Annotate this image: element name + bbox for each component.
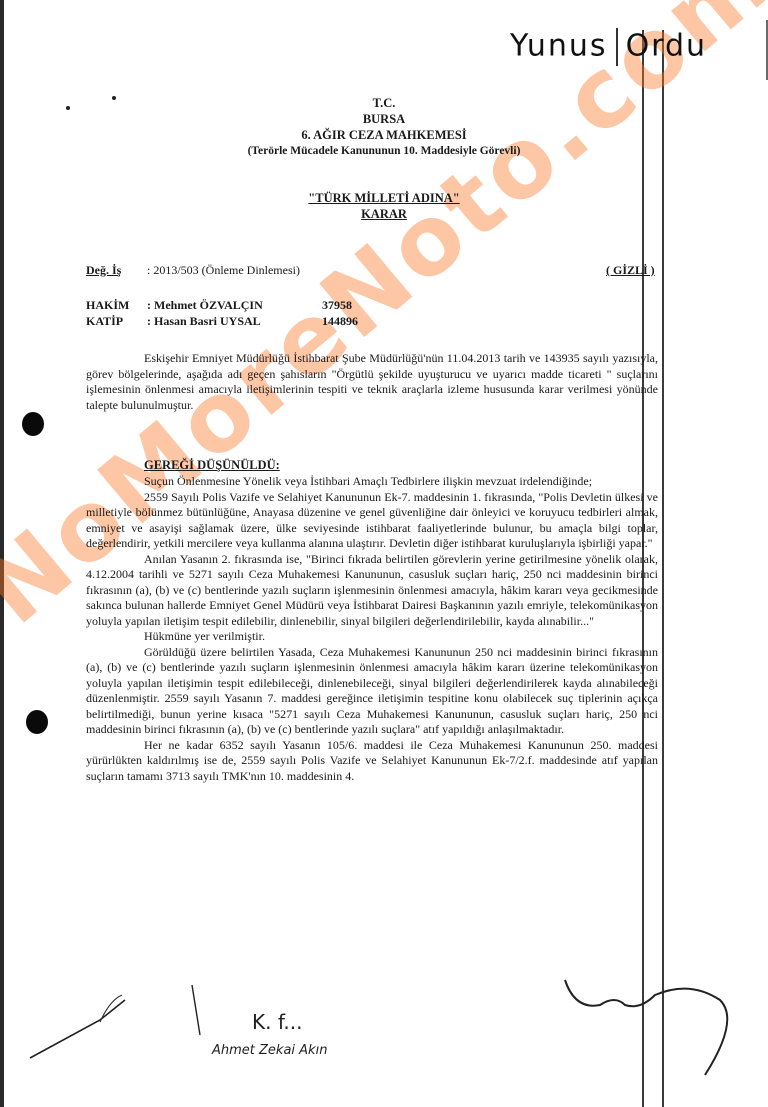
document-page: NoMoreNoto.com YunusOrdu T.C. BURSA 6. A… xyxy=(0,0,768,1107)
handwritten-name: Ahmet Zekai Akın xyxy=(212,1043,327,1058)
signature-strokes xyxy=(0,0,768,1107)
handwritten-initials: K. f... xyxy=(252,1010,303,1034)
